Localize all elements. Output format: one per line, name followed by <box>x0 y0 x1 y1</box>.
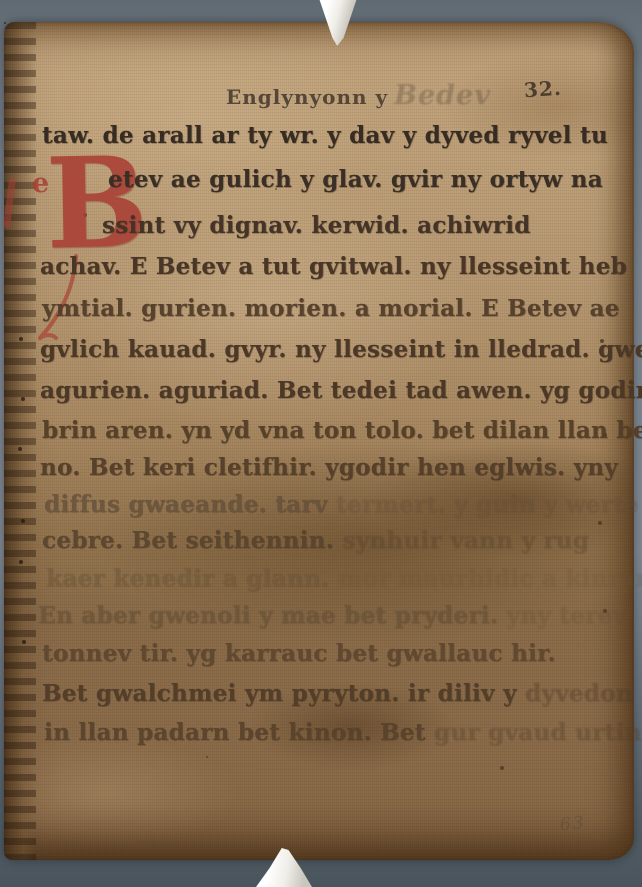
manuscript-page: Englynyonn yBedev 32. e B taw. de arall … <box>4 22 634 860</box>
text-line: En aber gwenoli y mae bet pryderi. yny t… <box>38 604 626 627</box>
heading-faint: Bedev <box>394 80 491 111</box>
text-line: Bet gwalchmei ym pyryton. ir diliv y dyv… <box>42 682 633 705</box>
text-line: diffus gwaeande. tarv termert. y guin y … <box>44 493 639 516</box>
text-line: no. Bet keri cletifhir. ygodir hen eglwi… <box>40 456 618 479</box>
rubric-initial: B <box>45 141 149 268</box>
text-line: agurien. aguriad. Bet tedei tad awen. yg… <box>40 379 642 402</box>
binding-gutter <box>4 22 36 860</box>
text-line: etev ae gulich y glav. gvir ny ortyw na <box>108 168 603 191</box>
text-line: brin aren. yn yd vna ton tolo. bet dilan… <box>42 419 642 442</box>
text-line: ssint vy dignav. kerwid. achiwrid <box>102 214 531 237</box>
folio-number: 63 <box>559 813 587 836</box>
text-line: gvlich kauad. gvyr. ny llesseint in lled… <box>40 338 642 361</box>
text-line: in llan padarn bet kinon. Bet gur gvaud … <box>44 721 641 744</box>
page-heading: Englynyonn yBedev <box>226 80 491 111</box>
text-line: tonnev tir. yg karrauc bet gwallauc hir. <box>42 642 556 665</box>
text-line: kaer kenedir a glann. mor maurhidic a ki… <box>46 567 642 590</box>
text-line: achav. E Betev a tut gvitwal. ny llessei… <box>40 255 627 278</box>
heading-main: Englynyonn y <box>226 85 388 109</box>
text-line: ymtial. gurien. morien. a morial. E Bete… <box>42 297 620 320</box>
text-line: taw. de arall ar ty wr. y dav y dyved ry… <box>42 124 608 147</box>
wormholes-and-stitches <box>4 22 6 24</box>
page-number: 32. <box>523 76 562 103</box>
text-line: cebre. Bet seithennin. synhuir vann y ru… <box>42 529 589 552</box>
manuscript-photo: Englynyonn yBedev 32. e B taw. de arall … <box>0 0 642 887</box>
